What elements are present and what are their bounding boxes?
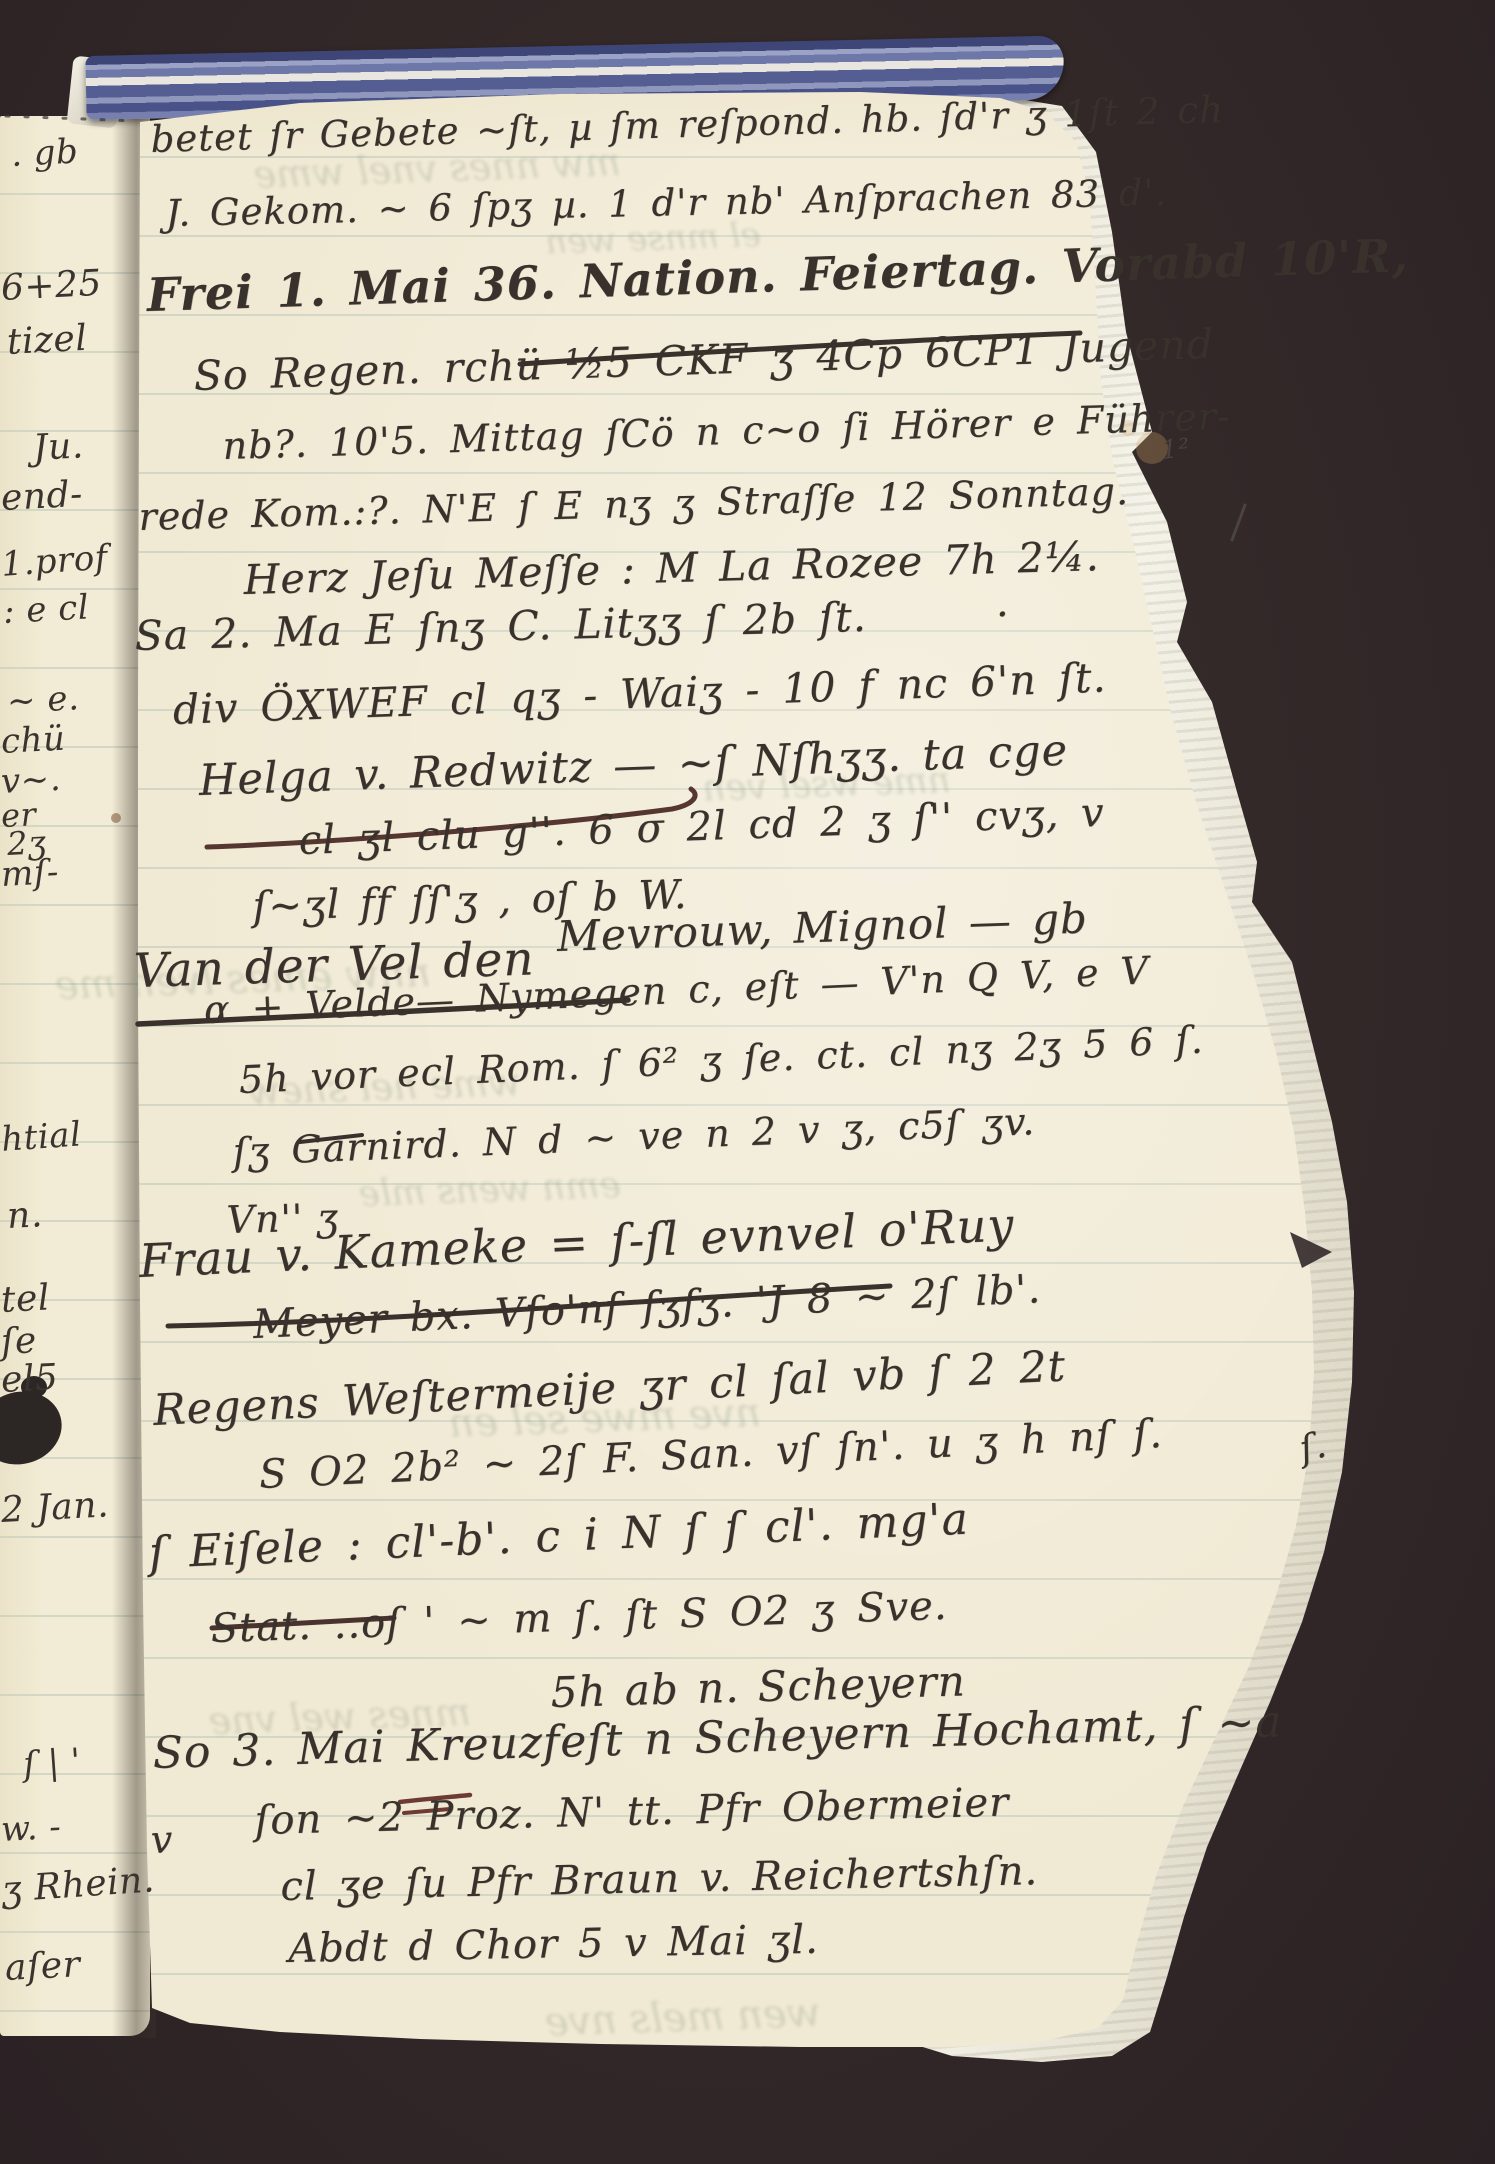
left-fragment: 1.prof: [0, 538, 109, 585]
inline-dot-mark: ·: [996, 592, 1010, 638]
left-fragment: ſe: [0, 1320, 38, 1363]
margin-check-mark: v: [150, 1817, 174, 1862]
handwriting-line: Abdt d Chor 5 v Mai ʒl.: [288, 1917, 819, 1972]
left-fragment: tizel: [6, 318, 88, 363]
left-fragment: end-: [0, 474, 84, 519]
left-fragment: ſ | ': [22, 1741, 82, 1785]
left-fragment: 2 Jan.: [0, 1484, 110, 1531]
left-fragment: htial: [0, 1114, 83, 1159]
edge-pencil-note: 1²: [1160, 433, 1191, 465]
foxing-dot: [111, 813, 121, 823]
left-fragment: chü: [0, 719, 66, 762]
left-fragment: Ju.: [32, 425, 85, 469]
left-fragment: : e cl: [2, 587, 90, 631]
left-fragment: el5: [0, 1357, 59, 1401]
left-fragment: mſ-: [0, 852, 60, 895]
left-fragment: 6+25: [0, 263, 103, 309]
scanned-diary-photo: . gb 6+25 tizel Ju. end- 1.prof : e cl ~…: [0, 0, 1495, 2164]
left-fragment: tel: [0, 1277, 51, 1320]
left-fragment: ~ e.: [6, 678, 80, 722]
left-fragment: aſer: [4, 1944, 81, 1989]
left-page-top-dots: [6, 116, 136, 121]
left-fragment: w. -: [0, 1807, 62, 1850]
edge-slash-mark: [1232, 505, 1245, 540]
ink-marks-overlay: [0, 0, 1495, 2164]
left-fragment: n.: [6, 1194, 44, 1237]
edge-dark-notch: [1290, 1232, 1332, 1268]
left-fragment: . gb: [10, 131, 79, 174]
